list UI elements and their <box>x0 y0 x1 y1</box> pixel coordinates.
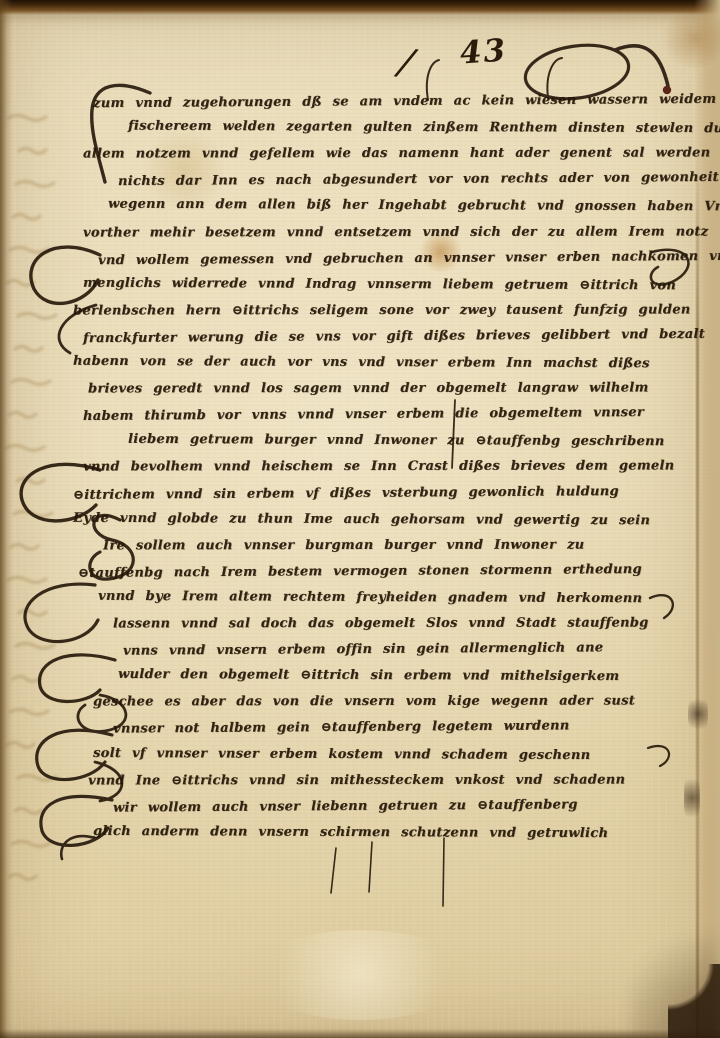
manuscript-line: habenn von se der auch vor vns vnd vnser… <box>73 354 650 372</box>
bottom-right-corner <box>668 964 720 1038</box>
stain <box>250 930 470 1020</box>
manuscript-line: vnnd Ine ⊖ittrichs vnnd sin mithesstecke… <box>88 772 625 788</box>
manuscript-line: solt vf vnnser vnser erbem kostem vnnd s… <box>93 745 590 762</box>
manuscript-line: franckfurter werung die se vns vor gift … <box>83 327 705 346</box>
manuscript-line: wir wollem auch vnser liebenn getruen zu… <box>113 797 578 815</box>
manuscript-line: wulder den obgemelt ⊖ittrich sin erbem v… <box>118 667 619 684</box>
manuscript-line: nichts dar Inn es nach abgesundert vor v… <box>118 170 719 189</box>
manuscript-line: vorther mehir besetzem vnnd entsetzem vn… <box>83 224 708 240</box>
folio-number: 43 <box>459 32 509 71</box>
manuscript-line: vnnser not halbem gein ⊖tauffenberg lege… <box>113 719 570 737</box>
right-crease-line <box>696 150 699 1038</box>
manuscript-line: ⊖tauffenbg nach Irem bestem vermogen sto… <box>78 562 642 581</box>
manuscript-line: vnnd bevolhem vnnd heischem se Inn Crast… <box>83 459 674 475</box>
manuscript-page: / 43 zum vnnd zugehorungen dß se am vnde… <box>0 0 720 1038</box>
manuscript-line: geschee es aber das von die vnsern vom k… <box>93 694 635 710</box>
manuscript-line: vnd wollem gemessen vnd gebruchen an vnn… <box>98 248 720 267</box>
manuscript-line: ⊖ittrichem vnnd sin erbem vf dißes vster… <box>73 484 619 503</box>
left-binding-edge <box>0 0 12 1038</box>
manuscript-line: Eyde vnnd globde zu thun Ime auch gehors… <box>73 510 650 528</box>
manuscript-line: habem thirumb vor vnns vnnd vnser erbem … <box>83 405 644 424</box>
manuscript-line: liebem getruem burger vnnd Inwoner zu ⊖t… <box>128 432 665 449</box>
manuscript-line: vnns vnnd vnsern erbem offin sin gein al… <box>123 640 603 658</box>
manuscript-line: Ire sollem auch vnnser burgman burger vn… <box>103 537 584 553</box>
header-slash-mark: / <box>396 39 418 85</box>
manuscript-line: vnnd bye Irem altem rechtem freyheiden g… <box>98 589 642 606</box>
top-edge-shadow <box>0 10 720 24</box>
manuscript-line: glich anderm denn vnsern schirmen schutz… <box>93 824 608 841</box>
manuscript-line: lassenn vnnd sal doch das obgemelt Slos … <box>113 616 649 632</box>
manuscript-line: fischereem welden zegarten gulten zinßem… <box>128 119 720 137</box>
manuscript-line: brieves geredt vnnd los sagem vnnd der o… <box>88 381 649 397</box>
manuscript-line: zum vnnd zugehorungen dß se am vndem ac … <box>93 92 716 111</box>
manuscript-line: menglichs widerrede vnnd Indrag vnnserm … <box>83 275 676 293</box>
manuscript-text-block: zum vnnd zugehorungen dß se am vndem ac … <box>68 94 680 874</box>
manuscript-line: wegenn ann dem allen biß her Ingehabt ge… <box>108 197 720 215</box>
manuscript-line: berlenbschen hern ⊖ittrichs seligem sone… <box>73 302 691 318</box>
bottom-page-edge <box>0 1029 720 1038</box>
manuscript-line: allem notzem vnnd gefellem wie das namen… <box>83 146 710 162</box>
